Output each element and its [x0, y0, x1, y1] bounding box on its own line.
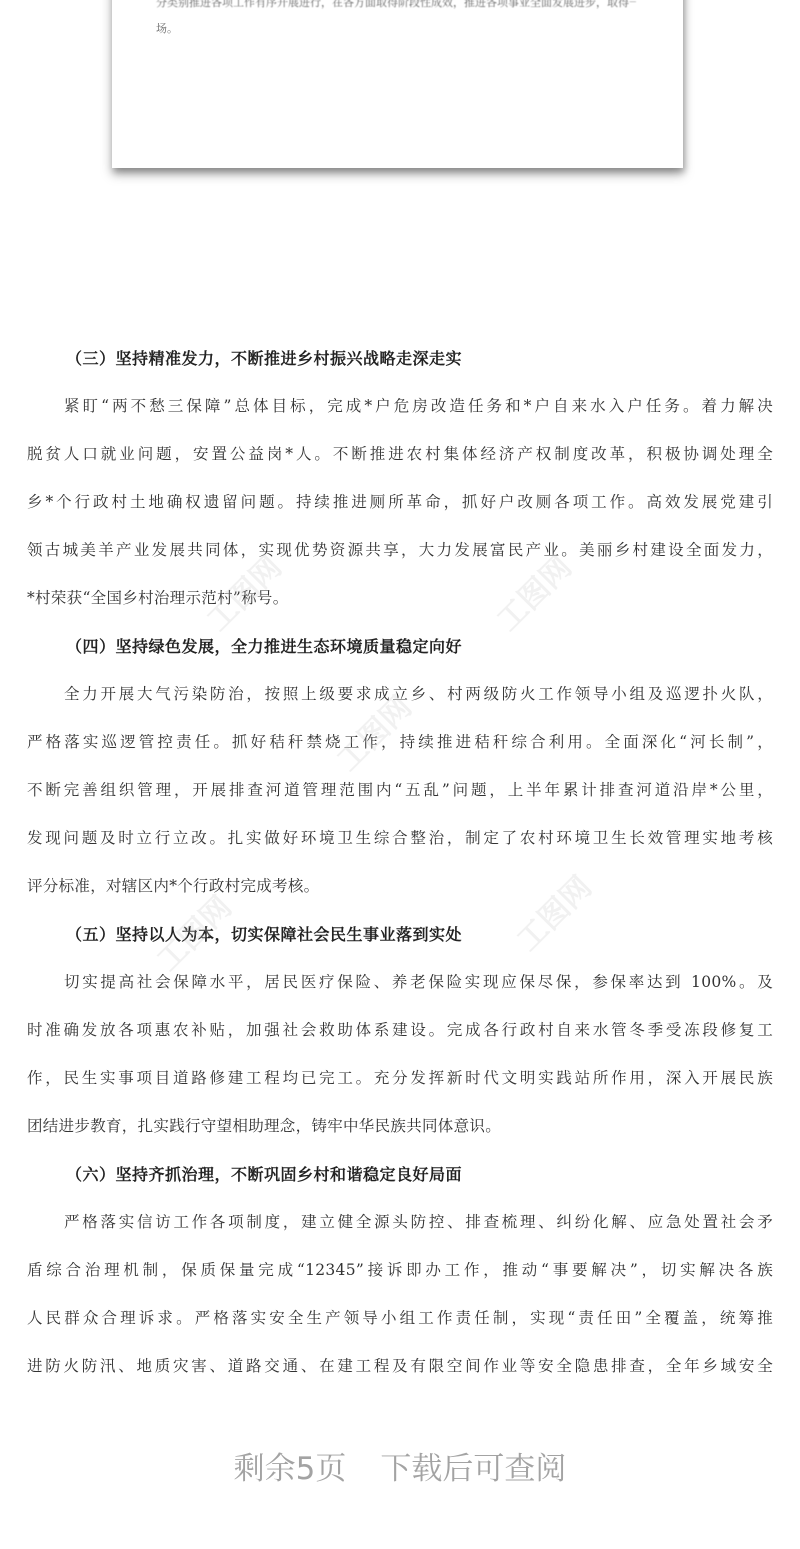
paragraph-line: 评分标准，对辖区内*个行政村完成考核。: [27, 874, 773, 896]
paragraph-line: 发现问题及时立行立改。扎实做好环境卫生综合整治，制定了农村环境卫生长效管理实地考…: [27, 826, 773, 848]
paragraph-line: 盾综合治理机制，保质保量完成“12345”接诉即办工作，推动“事要解决”，切实解…: [27, 1258, 773, 1280]
paragraph-line: *村荣获“全国乡村治理示范村”称号。: [27, 586, 773, 608]
paragraph-line: 进防火防汛、地质灾害、道路交通、在建工程及有限空间作业等安全隐患排查，全年乡域安…: [27, 1354, 773, 1376]
section-heading: （六）坚持齐抓治理，不断巩固乡村和谐稳定良好局面: [66, 1162, 462, 1185]
remaining-pages-banner[interactable]: 剩余5页下载后可查阅: [0, 1443, 800, 1488]
paragraph-line: 团结进步教育，扎实践行守望相助理念，铸牢中华民族共同体意识。: [27, 1114, 773, 1136]
previous-page-line: 分类别推进各项工作有序开展进行，在各方面取得阶段性成效，推进各项事业全面发展进步…: [156, 0, 636, 10]
paragraph-line: 人民群众合理诉求。严格落实安全生产领导小组工作责任制，实现“责任田”全覆盖，统筹…: [27, 1306, 773, 1328]
paragraph-line: 不断完善组织管理，开展排查河道管理范围内“五乱”问题，上半年累计排查河道沿岸*公…: [27, 778, 773, 800]
section-heading: （五）坚持以人为本，切实保障社会民生事业落到实处: [66, 922, 462, 945]
watermark: 工图网: [505, 843, 615, 953]
paragraph-line: 脱贫人口就业问题，安置公益岗*人。不断推进农村集体经济产权制度改革，积极协调处理…: [27, 442, 773, 464]
paragraph-line: 切实提高社会保障水平，居民医疗保险、养老保险实现应保尽保，参保率达到 100%。…: [64, 970, 773, 992]
download-to-view-link[interactable]: 下载后可查阅: [380, 1451, 566, 1487]
previous-page-line: 场。: [156, 20, 178, 36]
watermark: 工图网: [325, 663, 435, 773]
previous-page-preview: 分类别推进各项工作有序开展进行，在各方面取得阶段性成效，推进各项事业全面发展进步…: [112, 0, 683, 168]
section-heading: （四）坚持绿色发展，全力推进生态环境质量稳定向好: [66, 634, 462, 657]
paragraph-line: 乡*个行政村土地确权遗留问题。持续推进厕所革命，抓好户改厕各项工作。高效发展党建…: [27, 490, 773, 512]
paragraph-line: 全力开展大气污染防治，按照上级要求成立乡、村两级防火工作领导小组及巡逻扑火队，: [64, 682, 773, 704]
section-heading: （三）坚持精准发力，不断推进乡村振兴战略走深走实: [66, 346, 462, 369]
paragraph-line: 紧盯“两不愁三保障”总体目标，完成*户危房改造任务和*户自来水入户任务。着力解决: [64, 394, 773, 416]
paragraph-line: 严格落实巡逻管控责任。抓好秸秆禁烧工作，持续推进秸秆综合利用。全面深化“河长制”…: [27, 730, 773, 752]
remaining-pages-label[interactable]: 剩余5页: [234, 1451, 347, 1487]
paragraph-line: 作，民生实事项目道路修建工程均已完工。充分发挥新时代文明实践站所作用，深入开展民…: [27, 1066, 773, 1088]
paragraph-line: 时准确发放各项惠农补贴，加强社会救助体系建设。完成各行政村自来水管冬季受冻段修复…: [27, 1018, 773, 1040]
paragraph-line: 严格落实信访工作各项制度，建立健全源头防控、排查梳理、纠纷化解、应急处置社会矛: [64, 1210, 773, 1232]
paragraph-line: 领古城美羊产业发展共同体，实现优势资源共享，大力发展富民产业。美丽乡村建设全面发…: [27, 538, 773, 560]
